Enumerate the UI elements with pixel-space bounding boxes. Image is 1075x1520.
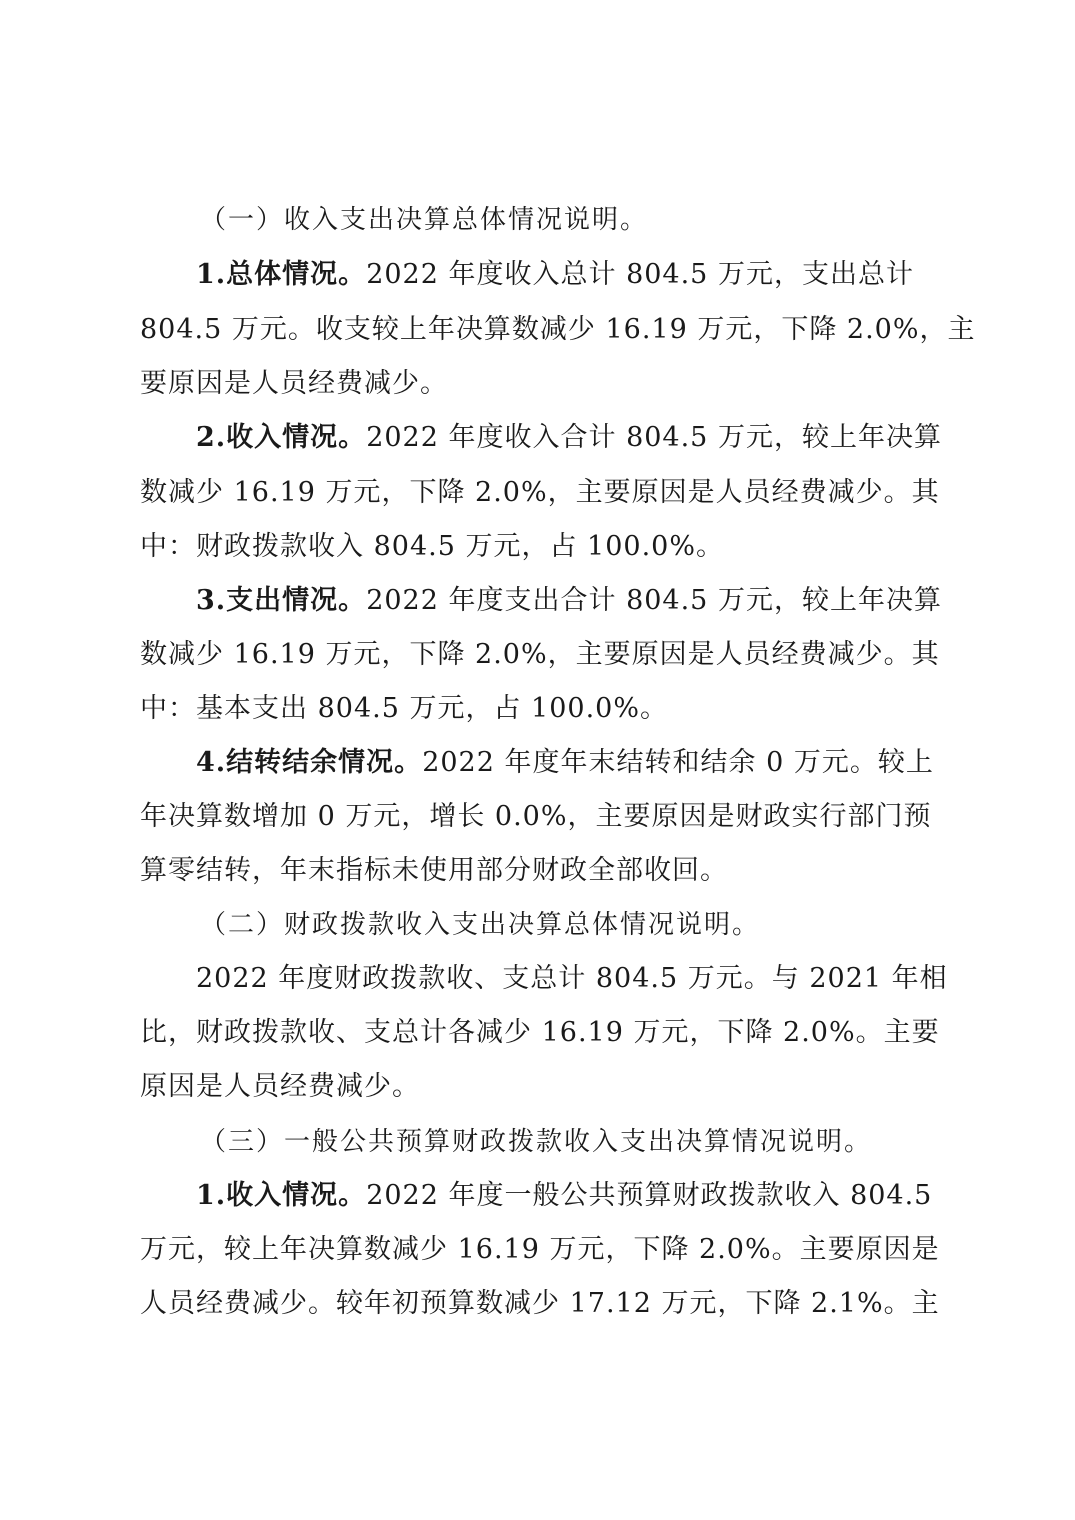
item-label: 1.总体情况。: [196, 259, 366, 290]
paragraph-text: 2022 年度收入总计 804.5 万元，支出总计: [366, 259, 914, 290]
item-label: 2.收入情况。: [196, 422, 366, 453]
paragraph-line: 年决算数增加 0 万元，增长 0.0%，主要原因是财政实行部门预: [140, 799, 932, 835]
document-page: （一）收入支出决算总体情况说明。 1.总体情况。2022 年度收入总计 804.…: [0, 0, 1075, 1520]
paragraph-text: 2022 年度一般公共预算财政拨款收入 804.5: [366, 1180, 932, 1211]
paragraph-income: 2.收入情况。2022 年度收入合计 804.5 万元，较上年决算: [196, 420, 942, 456]
paragraph-text: 2022 年度支出合计 804.5 万元，较上年决算: [366, 585, 942, 616]
item-label: 3.支出情况。: [196, 585, 366, 616]
paragraph-line: 2022 年度财政拨款收、支总计 804.5 万元。与 2021 年相: [196, 961, 948, 997]
paragraph-overall: 1.总体情况。2022 年度收入总计 804.5 万元，支出总计: [196, 257, 914, 293]
paragraph-carryover: 4.结转结余情况。2022 年度年末结转和结余 0 万元。较上: [196, 745, 934, 781]
paragraph-line: 比，财政拨款收、支总计各减少 16.19 万元，下降 2.0%。主要: [140, 1015, 940, 1051]
paragraph-gpb-income: 1.收入情况。2022 年度一般公共预算财政拨款收入 804.5: [196, 1178, 932, 1214]
paragraph-line: 万元，较上年决算数减少 16.19 万元，下降 2.0%。主要原因是: [140, 1232, 940, 1268]
paragraph-line: 要原因是人员经费减少。: [140, 366, 448, 402]
paragraph-line: 算零结转，年末指标未使用部分财政全部收回。: [140, 853, 728, 889]
section-heading-3: （三）一般公共预算财政拨款收入支出决算情况说明。: [200, 1124, 872, 1160]
paragraph-line: 中：基本支出 804.5 万元，占 100.0%。: [140, 691, 668, 727]
section-heading-1: （一）收入支出决算总体情况说明。: [200, 202, 648, 238]
paragraph-line: 数减少 16.19 万元，下降 2.0%，主要原因是人员经费减少。其: [140, 475, 940, 511]
paragraph-line: 原因是人员经费减少。: [140, 1069, 420, 1105]
paragraph-line: 数减少 16.19 万元，下降 2.0%，主要原因是人员经费减少。其: [140, 637, 940, 673]
item-label: 4.结转结余情况。: [196, 747, 422, 778]
paragraph-expenditure: 3.支出情况。2022 年度支出合计 804.5 万元，较上年决算: [196, 583, 942, 619]
paragraph-line: 804.5 万元。收支较上年决算数减少 16.19 万元，下降 2.0%，主: [140, 312, 976, 348]
paragraph-line: 人员经费减少。较年初预算数减少 17.12 万元，下降 2.1%。主: [140, 1286, 940, 1322]
item-label: 1.收入情况。: [196, 1180, 366, 1211]
paragraph-text: 2022 年度收入合计 804.5 万元，较上年决算: [366, 422, 942, 453]
paragraph-text: 2022 年度年末结转和结余 0 万元。较上: [422, 747, 934, 778]
section-heading-2: （二）财政拨款收入支出决算总体情况说明。: [200, 907, 760, 943]
paragraph-line: 中：财政拨款收入 804.5 万元，占 100.0%。: [140, 529, 724, 565]
